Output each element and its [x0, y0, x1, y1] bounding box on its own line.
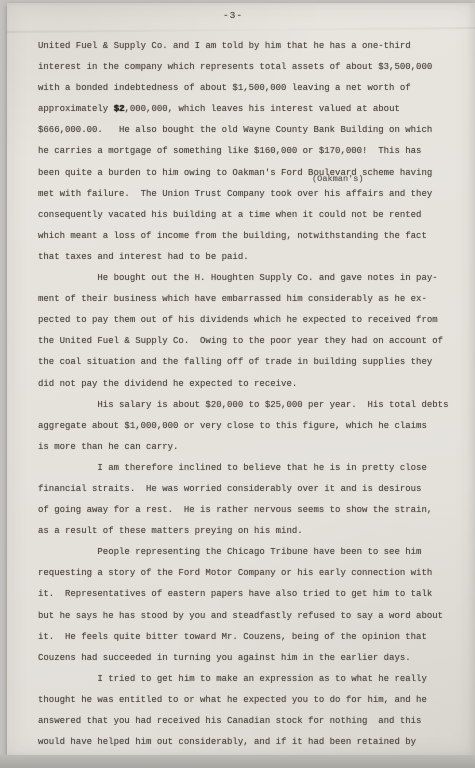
typed-line: would have helped him out considerably, … [38, 732, 468, 753]
typed-line: the coal situation and the falling off o… [38, 352, 468, 373]
typed-line: consequently vacated his building at a t… [38, 205, 468, 226]
document-page: -3- United Fuel & Supply Co. and I am to… [7, 3, 475, 756]
paper-crease [7, 27, 475, 33]
typed-segment: ,000,000, which leaves his interest valu… [124, 104, 399, 114]
typed-line: is more than he can carry. [38, 437, 468, 458]
typed-line: Couzens had succeeded in turning you aga… [38, 648, 468, 669]
typed-line: thought he was entitled to or what he ex… [38, 690, 468, 711]
typed-line: financial straits. He was worried consid… [38, 479, 468, 500]
typed-line: did not pay the dividend he expected to … [38, 374, 468, 395]
typed-line: People representing the Chicago Tribune … [38, 542, 468, 563]
typed-line: that taxes and interest had to be paid. [38, 247, 468, 268]
typed-line: requesting a story of the Ford Motor Com… [38, 563, 468, 584]
typed-line: pected to pay them out of his dividends … [38, 310, 468, 331]
typed-line-with-overstrike: approximately $2,000,000, which leaves h… [38, 99, 468, 120]
typed-line: ment of their business which have embarr… [38, 289, 468, 310]
typed-line: answered that you had received his Canad… [38, 711, 468, 732]
scan-background: -3- United Fuel & Supply Co. and I am to… [0, 0, 475, 768]
typed-line: with a bonded indebtedness of about $1,5… [38, 78, 468, 99]
typed-line: it. Representatives of eastern papers ha… [38, 584, 468, 605]
overtyped-amount: $2 [114, 104, 125, 114]
typed-line: of going away for a rest. He is rather n… [38, 500, 468, 521]
typed-line: $666,000.00. He also bought the old Wayn… [38, 120, 468, 141]
typed-line: been quite a burden to him owing to Oakm… [38, 163, 468, 184]
typed-segment: approximately [38, 104, 114, 114]
typed-line: he carries a mortgage of something like … [38, 141, 468, 162]
typed-line: interest in the company which represents… [38, 57, 468, 78]
typed-line: the United Fuel & Supply Co. Owing to th… [38, 331, 468, 352]
typed-line: His salary is about $20,000 to $25,000 p… [38, 395, 468, 416]
typed-line: which meant a loss of income from the bu… [38, 226, 468, 247]
page-number: -3- [7, 10, 459, 21]
typed-line: United Fuel & Supply Co. and I am told b… [38, 36, 468, 57]
typed-text-block: United Fuel & Supply Co. and I am told b… [38, 36, 468, 753]
typed-line: met with failure. The Union Trust Compan… [38, 184, 468, 205]
typed-line: but he says he has stood by you and stea… [38, 606, 468, 627]
typed-line: He bought out the H. Houghten Supply Co.… [38, 268, 468, 289]
typed-line: I am therefore inclined to believe that … [38, 458, 468, 479]
typed-line: I tried to get him to make an expression… [38, 669, 468, 690]
typed-line: aggregate about $1,000,000 or very close… [38, 416, 468, 437]
typed-line: it. He feels quite bitter toward Mr. Cou… [38, 627, 468, 648]
typed-line: as a result of these matters preying on … [38, 521, 468, 542]
interlinear-note: (Oakman's) [312, 174, 364, 184]
